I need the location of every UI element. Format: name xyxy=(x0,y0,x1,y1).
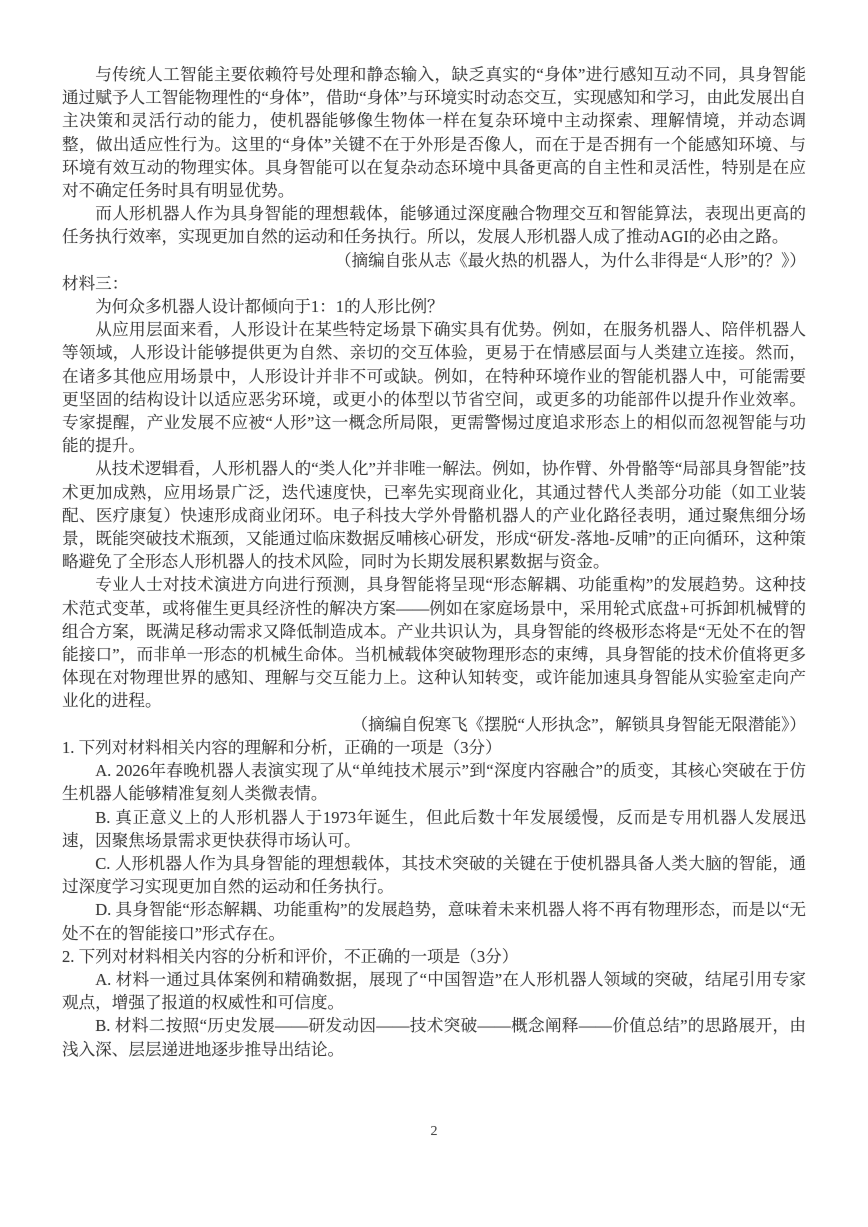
material-three-label: 材料三： xyxy=(62,272,806,295)
page-number: 2 xyxy=(0,1124,868,1140)
exam-page: 与传统人工智能主要依赖符号处理和静态输入，缺乏真实的“身体”进行感知互动不同，具… xyxy=(0,0,868,1227)
question-2-option-b: B. 材料二按照“历史发展——研发动因——技术突破——概念阐释——价值总结”的思… xyxy=(62,1014,806,1060)
material-three-paragraph-4: 专业人士对技术演进方向进行预测，具身智能将呈现“形态解耦、功能重构”的发展趋势。… xyxy=(62,573,806,712)
material-three-paragraph-1: 为何众多机器人设计都倾向于1：1的人形比例？ xyxy=(62,295,806,318)
question-1-option-c: C. 人形机器人作为具身智能的理想载体，其技术突破的关键在于使机器具备人类大脑的… xyxy=(62,852,806,898)
question-2-stem: 2. 下列对材料相关内容的分析和评价，不正确的一项是（3分） xyxy=(62,945,806,968)
material-two-citation: （摘编自张从志《最火热的机器人，为什么非得是“人形”的？》） xyxy=(62,249,806,272)
material-two-paragraph-2: 而人形机器人作为具身智能的理想载体，能够通过深度融合物理交互和智能算法，表现出更… xyxy=(62,202,806,248)
question-1-option-b: B. 真正意义上的人形机器人于1973年诞生，但此后数十年发展缓慢，反而是专用机… xyxy=(62,806,806,852)
material-three-citation: （摘编自倪寒飞《摆脱“人形执念”，解锁具身智能无限潜能》） xyxy=(62,713,806,736)
exam-content: 与传统人工智能主要依赖符号处理和静态输入，缺乏真实的“身体”进行感知互动不同，具… xyxy=(62,63,806,1061)
question-2-option-a: A. 材料一通过具体案例和精确数据，展现了“中国智造”在人形机器人领域的突破，结… xyxy=(62,968,806,1014)
material-three-paragraph-2: 从应用层面来看，人形设计在某些特定场景下确实具有优势。例如，在服务机器人、陪伴机… xyxy=(62,318,806,457)
question-1-option-a: A. 2026年春晚机器人表演实现了从“单纯技术展示”到“深度内容融合”的质变，… xyxy=(62,759,806,805)
material-two-paragraph-1: 与传统人工智能主要依赖符号处理和静态输入，缺乏真实的“身体”进行感知互动不同，具… xyxy=(62,63,806,202)
material-three-paragraph-3: 从技术逻辑看，人形机器人的“类人化”并非唯一解法。例如，协作臂、外骨骼等“局部具… xyxy=(62,457,806,573)
question-1-option-d: D. 具身智能“形态解耦、功能重构”的发展趋势，意味着未来机器人将不再有物理形态… xyxy=(62,898,806,944)
question-1-stem: 1. 下列对材料相关内容的理解和分析，正确的一项是（3分） xyxy=(62,736,806,759)
